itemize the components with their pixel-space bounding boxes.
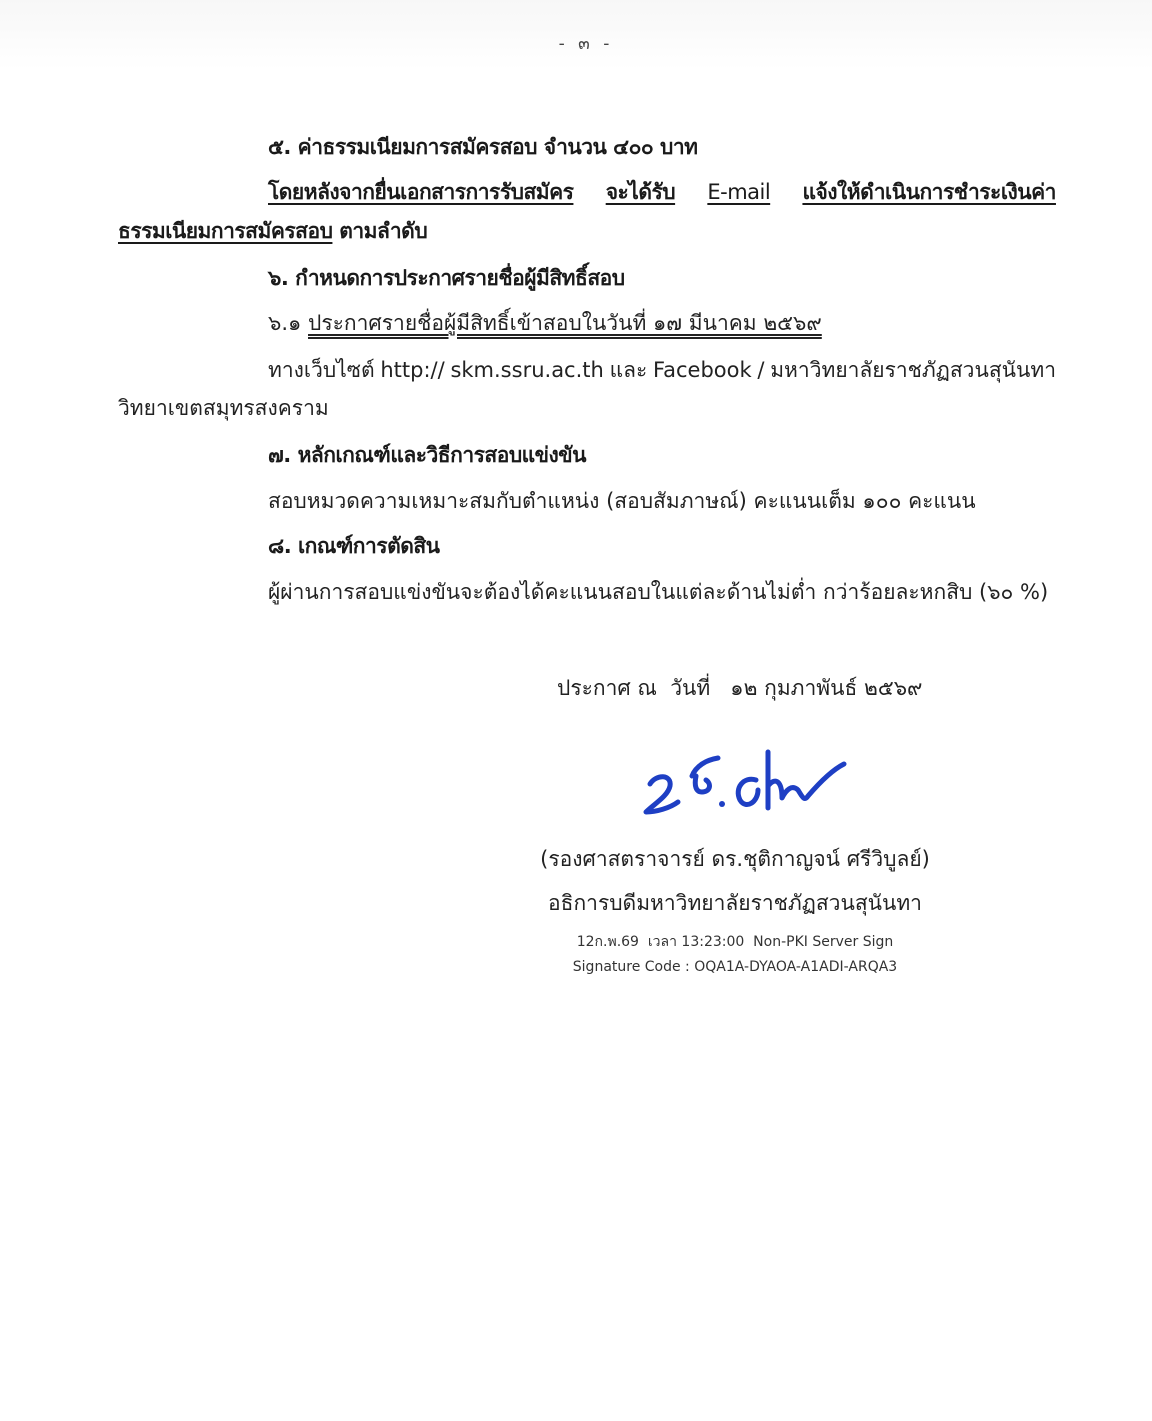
section-6-heading: ๖. กำหนดการประกาศรายชื่อผู้มีสิทธิ์สอบ <box>268 263 625 293</box>
channel-word: Facebook <box>653 355 752 385</box>
note-word: จะได้รับ <box>606 177 675 207</box>
note-rest: ตามลำดับ <box>332 219 427 243</box>
section-6-channel-line1: ทางเว็บไซต์ http:// skm.ssru.ac.th และ F… <box>268 355 1056 385</box>
page-number: - ๓ - <box>0 30 1152 57</box>
item-prefix: ๖.๑ <box>268 311 308 335</box>
section-6-channel-line2: วิทยาเขตสมุทรสงคราม <box>118 393 329 423</box>
item-date-text: ประกาศรายชื่อผู้มีสิทธิ์เข้าสอบในวันที่ … <box>308 311 822 335</box>
signatory-name: (รองศาสตราจารย์ ดร.ชุติกาญจน์ ศรีวิบูลย์… <box>520 844 950 874</box>
channel-word: ทางเว็บไซต์ <box>268 355 375 385</box>
section-5-note-line1: โดยหลังจากยื่นเอกสารการรับสมัคร จะได้รับ… <box>268 177 1056 207</box>
section-5-heading: ๕. ค่าธรรมเนียมการสมัครสอบ จำนวน ๔๐๐ บาท <box>268 132 697 162</box>
website-link[interactable]: skm.ssru.ac.th <box>450 355 603 385</box>
channel-word: / <box>757 355 764 385</box>
signatory-position: อธิการบดีมหาวิทยาลัยราชภัฏสวนสุนันทา <box>520 888 950 918</box>
section-7-heading: ๗. หลักเกณฑ์และวิธีการสอบแข่งขัน <box>268 440 586 470</box>
section-8-heading: ๘. เกณฑ์การตัดสิน <box>268 531 440 561</box>
note-word: โดยหลังจากยื่นเอกสารการรับสมัคร <box>268 177 573 207</box>
handwritten-signature <box>636 746 850 824</box>
section-7-body: สอบหมวดความเหมาะสมกับตำแหน่ง (สอบสัมภาษณ… <box>268 486 976 516</box>
section-6-item-1: ๖.๑ ประกาศรายชื่อผู้มีสิทธิ์เข้าสอบในวัน… <box>268 308 822 338</box>
note-word: E-mail <box>707 177 770 207</box>
channel-word: และ <box>610 355 648 385</box>
signature-code: Signature Code : OQA1A-DYAOA-A1ADI-ARQA3 <box>520 959 950 975</box>
note-underlined: ธรรมเนียมการสมัครสอบ <box>118 219 332 243</box>
note-word: แจ้งให้ดำเนินการชำระเงินค่า <box>802 177 1056 207</box>
announcement-date: ประกาศ ณ วันที่ ๑๒ กุมภาพันธ์ ๒๕๖๙ <box>557 673 922 703</box>
section-5-note-line2: ธรรมเนียมการสมัครสอบ ตามลำดับ <box>118 216 427 246</box>
sign-meta: 12ก.พ.69 เวลา 13:23:00 Non-PKI Server Si… <box>520 931 950 953</box>
channel-word: มหาวิทยาลัยราชภัฏสวนสุนันทา <box>770 355 1056 385</box>
channel-word: http:// <box>380 355 444 385</box>
section-8-body: ผู้ผ่านการสอบแข่งขันจะต้องได้คะแนนสอบในแ… <box>268 577 1048 607</box>
